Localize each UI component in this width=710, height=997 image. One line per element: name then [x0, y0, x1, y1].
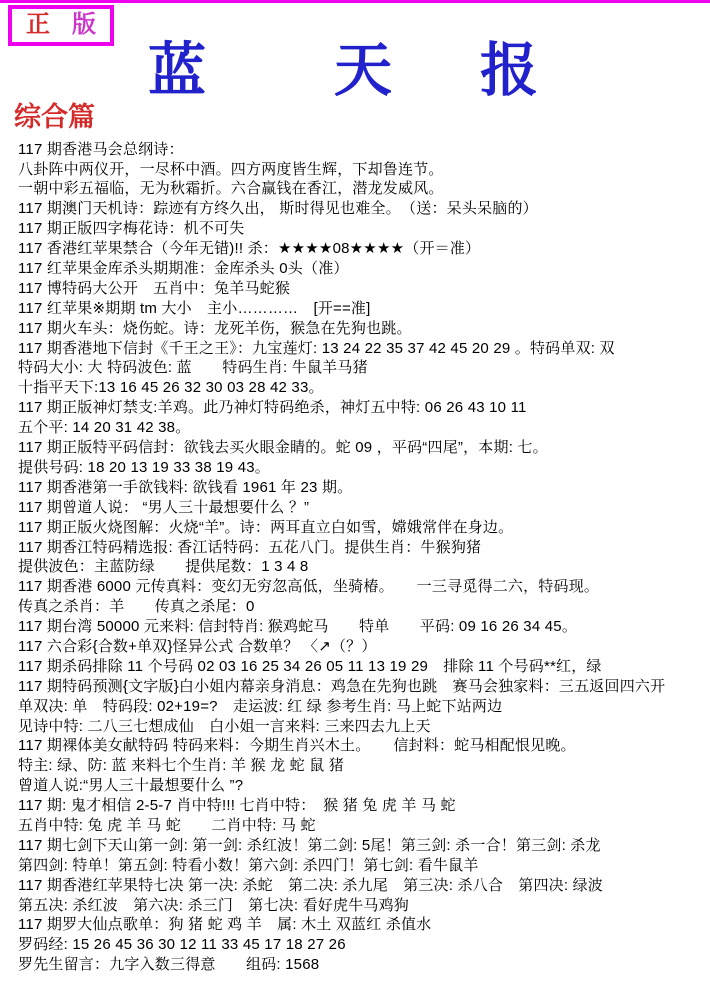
page-top-border [0, 0, 710, 3]
body-lines: 117 期香港马会总纲诗：八卦阵中两仪开，一尽杯中酒。四方两度皆生辉，下却鲁连节… [18, 140, 710, 975]
text-line: 117 香港红苹果禁合（今年无错)!! 杀：★★★★08★★★★（开＝准） [18, 239, 710, 259]
text-line: 117 期裸体美女献特码 特码来料：今期生肖兴木土。 信封料：蛇马相配恨见晚。 [18, 736, 710, 756]
text-line: 提供波色：主蓝防绿 提供尾数：1 3 4 8 [18, 557, 710, 577]
text-line: 117 博特码大公开 五肖中：兔羊马蛇猴 [18, 279, 710, 299]
text-line: 第四剑: 特单！第五剑: 特看小数！第六剑: 杀四门！第七剑: 看牛鼠羊 [18, 856, 710, 876]
text-line: 117 期香港 6000 元传真料：变幻无穷忽高低，坐骑椿。 一三寻觅得二六，特… [18, 577, 710, 597]
text-line: 117 期火车头：烧伤蛇。诗：龙死羊伤，猴急在先狗也跳。 [18, 319, 710, 339]
section-heading: 综合篇 [14, 103, 710, 133]
text-line: 117 期: 鬼才相信 2-5-7 肖中特!!! 七肖中特： 猴 猪 兔 虎 羊… [18, 796, 710, 816]
text-line: 十指平天下:13 16 45 26 32 30 03 28 42 33。 [18, 378, 710, 398]
text-line: 五个平: 14 20 31 42 38。 [18, 418, 710, 438]
text-line: 117 期台湾 50000 元来料: 信封特肖: 猴鸡蛇马 特单 平码: 09 … [18, 617, 710, 637]
text-line: 117 期特码预测{文字版}白小姐内幕亲身消息：鸡急在先狗也跳 赛马会独家料：三… [18, 677, 710, 697]
text-line: 117 期七剑下天山第一剑: 第一剑: 杀红波！第二剑: 5尾！第三剑: 杀一合… [18, 836, 710, 856]
text-line: 单双决: 单 特码段: 02+19=? 走运波: 红 绿 参考生肖: 马上蛇下站… [18, 697, 710, 717]
text-line: 117 期杀码排除 11 个号码 02 03 16 25 34 26 05 11… [18, 657, 710, 677]
text-line: 117 红苹果金库杀头期期准：金库杀头 0头（准） [18, 259, 710, 279]
stamp-char: 版 [72, 13, 96, 37]
text-line: 特码大小: 大 特码波色: 蓝 特码生肖: 牛鼠羊马猪 [18, 358, 710, 378]
text-line: 117 期香江特码精选报: 香江话特码：五花八门。提供生肖：牛猴狗猪 [18, 538, 710, 558]
text-line: 117 红苹果※期期 tm 大小 主小………… [开==准] [18, 299, 710, 319]
text-line: 117 期正版四字梅花诗：机不可失 [18, 219, 710, 239]
text-line: 117 期正版特平码信封：欲钱去买火眼金睛的。蛇 09 ，平码“四尾”，本期: … [18, 438, 710, 458]
text-line: 117 期正版神灯禁支:羊鸡。此乃神灯特码绝杀，神灯五中特: 06 26 43 … [18, 398, 710, 418]
title-char: 报 [480, 42, 538, 100]
text-line: 117 期正版火烧图解：火烧“羊”。诗：两耳直立白如雪，嫦娥常伴在身边。 [18, 518, 710, 538]
text-line: 117 期香港地下信封《千王之王》：九宝莲灯: 13 24 22 35 37 4… [18, 339, 710, 359]
text-line: 罗先生留言：九字入数三得意 组码: 1568 [18, 955, 710, 975]
text-line: 117 期澳门天机诗：踪迹有方终久出， 斯时得见也难全。 （送：呆头呆脑的） [18, 199, 710, 219]
text-line: 提供号码: 18 20 13 19 33 38 19 43。 [18, 458, 710, 478]
text-line: 罗码经: 15 26 45 36 30 12 11 33 45 17 18 27… [18, 935, 710, 955]
text-line: 特主: 绿、防: 蓝 来料七个生肖: 羊 猴 龙 蛇 鼠 猪 [18, 756, 710, 776]
text-line: 117 期曾道人说： “男人三十最想要什么 ？” [18, 498, 710, 518]
text-line: 117 期罗大仙点歌单：狗 猪 蛇 鸡 羊 属: 木土 双蓝红 杀值水 [18, 915, 710, 935]
text-line: 见诗中特: 二八三七想成仙 白小姐一言来料: 三来四去九上天 [18, 717, 710, 737]
text-line: 八卦阵中两仪开，一尽杯中酒。四方两度皆生辉，下却鲁连节。 [18, 160, 710, 180]
text-line: 一朝中彩五福临，无为秋霜折。六合赢钱在香江，潜龙发威风。 [18, 179, 710, 199]
text-line: 五肖中特: 兔 虎 羊 马 蛇 二肖中特: 马 蛇 [18, 816, 710, 836]
text-line: 第五决: 杀红波 第六决: 杀三门 第七决: 看好虎牛马鸡狗 [18, 896, 710, 916]
text-line: 117 期香港红苹果特七决 第一决: 杀蛇 第二决: 杀九尾 第三决: 杀八合 … [18, 876, 710, 896]
genuine-edition-stamp: 正 版 [8, 5, 114, 46]
text-line: 传真之杀肖：羊 传真之杀尾：0 [18, 597, 710, 617]
title-char: 天 [334, 42, 392, 100]
text-line: 117 期香港马会总纲诗： [18, 140, 710, 160]
text-line: 117 六合彩{合数+单双}怪异公式 合数单？ 〈↗（？） [18, 637, 710, 657]
text-line: 117 期香港第一手欲钱料: 欲钱看 1961 年 23 期。 [18, 478, 710, 498]
title-char: 蓝 [148, 42, 206, 100]
text-line: 曾道人说:“男人三十最想要什么 ”? [18, 776, 710, 796]
stamp-char: 正 [26, 13, 50, 37]
